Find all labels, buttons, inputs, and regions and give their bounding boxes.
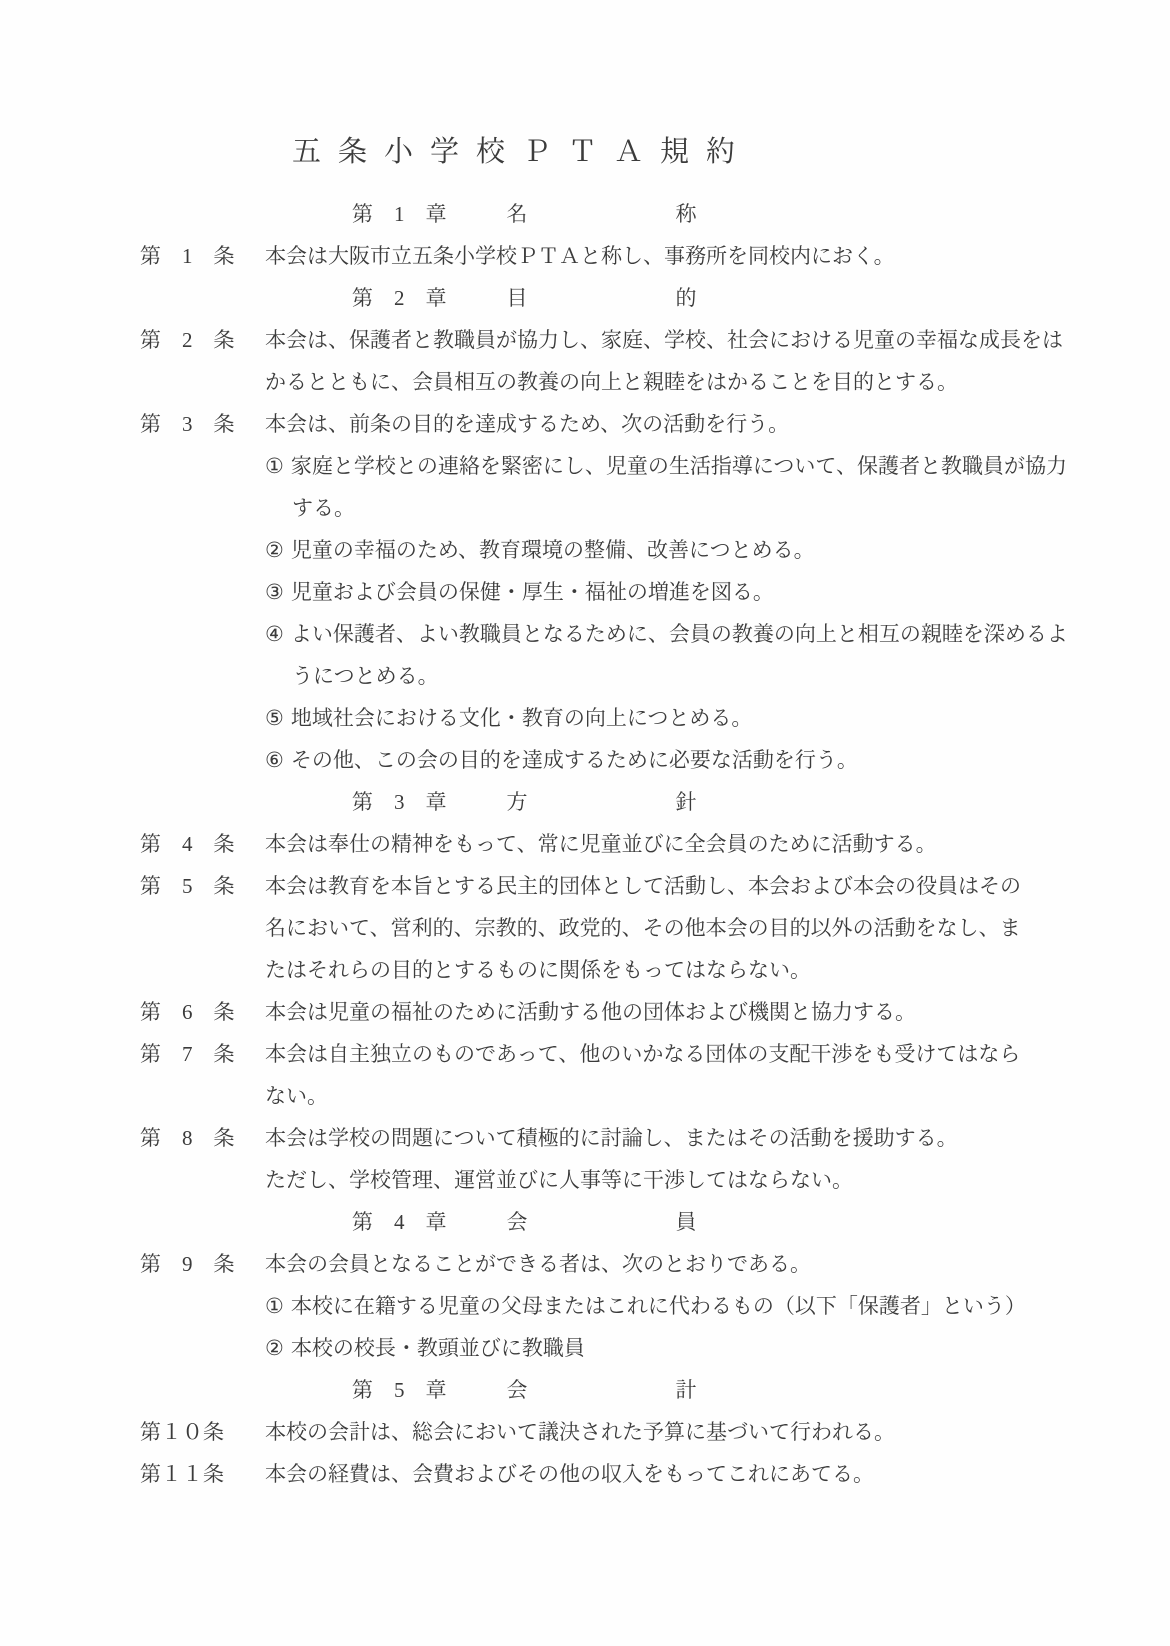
item-text: 児童および会員の保健・厚生・福祉の増進を図る。 bbox=[291, 580, 774, 604]
article-row: 第 5 条本会は教育を本旨とする民主的団体として活動し、本会および本会の役員はそ… bbox=[0, 865, 1170, 907]
numbered-item-row: ②児童の幸福のため、教育環境の整備、改善につとめる。 bbox=[0, 529, 1170, 571]
article-number-label: 第 3 条 bbox=[140, 403, 265, 445]
article-text: 名において、営利的、宗教的、政党的、その他本会の目的以外の活動をなし、ま bbox=[265, 916, 1021, 940]
circled-number: ① bbox=[265, 1294, 284, 1318]
item-text: 本校の校長・教頭並びに教職員 bbox=[291, 1336, 585, 1360]
item-text: 家庭と学校との連絡を緊密にし、児童の生活指導について、保護者と教職員が協力 bbox=[291, 454, 1067, 478]
article-number-label: 第 9 条 bbox=[140, 1243, 265, 1285]
circled-number: ⑤ bbox=[265, 706, 284, 730]
document-page: 五条小学校ＰＴＡ規約 第 1 章名称第 1 条本会は大阪市立五条小学校ＰＴＡと称… bbox=[0, 0, 1170, 1646]
circled-number: ⑥ bbox=[265, 748, 284, 772]
article-text: 本会は奉仕の精神をもって、常に児童並びに全会員のために活動する。 bbox=[265, 832, 937, 856]
item-text: 児童の幸福のため、教育環境の整備、改善につとめる。 bbox=[291, 538, 815, 562]
article-text: 本会は児童の福祉のために活動する他の団体および機関と協力する。 bbox=[265, 1000, 916, 1024]
article-number-label: 第 7 条 bbox=[140, 1033, 265, 1075]
article-number-label: 第 6 条 bbox=[140, 991, 265, 1033]
article-row: 第 6 条本会は児童の福祉のために活動する他の団体および機関と協力する。 bbox=[0, 991, 1170, 1033]
document-body: 第 1 章名称第 1 条本会は大阪市立五条小学校ＰＴＡと称し、事務所を同校内にお… bbox=[0, 193, 1170, 1495]
article-number-label: 第 4 条 bbox=[140, 823, 265, 865]
item-text: する。 bbox=[292, 496, 355, 520]
item-text: うにつとめる。 bbox=[292, 664, 439, 688]
article-row: 第１０条本校の会計は、総会において議決された予算に基づいて行われる。 bbox=[0, 1411, 1170, 1453]
numbered-item-row: ①家庭と学校との連絡を緊密にし、児童の生活指導について、保護者と教職員が協力 bbox=[0, 445, 1170, 487]
article-text: 本会は自主独立のものであって、他のいかなる団体の支配干渉をも受けてはなら bbox=[265, 1042, 1020, 1066]
chapter-heading: 第 3 章方針 bbox=[0, 781, 1170, 823]
article-text-continuation: ない。 bbox=[0, 1075, 1170, 1117]
article-row: 第 9 条本会の会員となることができる者は、次のとおりである。 bbox=[0, 1243, 1170, 1285]
circled-number: ① bbox=[265, 454, 284, 478]
article-text: ただし、学校管理、運営並びに人事等に干渉してはならない。 bbox=[265, 1168, 853, 1192]
article-row: 第 3 条本会は、前条の目的を達成するため、次の活動を行う。 bbox=[0, 403, 1170, 445]
article-text: 本校の会計は、総会において議決された予算に基づいて行われる。 bbox=[265, 1420, 895, 1444]
article-text: 本会は学校の問題について積極的に討論し、またはその活動を援助する。 bbox=[265, 1126, 958, 1150]
numbered-item-row: ⑥その他、この会の目的を達成するために必要な活動を行う。 bbox=[0, 739, 1170, 781]
article-number-label: 第 5 条 bbox=[140, 865, 265, 907]
chapter-name: 会計 bbox=[507, 1369, 845, 1411]
numbered-item-continuation: うにつとめる。 bbox=[0, 655, 1170, 697]
article-text: 本会は教育を本旨とする民主的団体として活動し、本会および本会の役員はその bbox=[265, 874, 1021, 898]
article-text: ない。 bbox=[265, 1084, 328, 1108]
article-row: 第 8 条本会は学校の問題について積極的に討論し、またはその活動を援助する。 bbox=[0, 1117, 1170, 1159]
chapter-number-label: 第 5 章 bbox=[352, 1378, 447, 1402]
article-text: たはそれらの目的とするものに関係をもってはならない。 bbox=[265, 958, 811, 982]
chapter-name: 目的 bbox=[507, 277, 845, 319]
article-text: 本会は、保護者と教職員が協力し、家庭、学校、社会における児童の幸福な成長をは bbox=[265, 328, 1063, 352]
chapter-name: 会員 bbox=[507, 1201, 845, 1243]
chapter-number-label: 第 3 章 bbox=[352, 790, 447, 814]
numbered-item-row: ③児童および会員の保健・厚生・福祉の増進を図る。 bbox=[0, 571, 1170, 613]
document-title: 五条小学校ＰＴＡ規約 bbox=[292, 129, 752, 170]
article-number-label: 第１１条 bbox=[140, 1453, 265, 1495]
chapter-heading: 第 5 章会計 bbox=[0, 1369, 1170, 1411]
numbered-item-row: ⑤地域社会における文化・教育の向上につとめる。 bbox=[0, 697, 1170, 739]
chapter-heading: 第 1 章名称 bbox=[0, 193, 1170, 235]
article-text-continuation: 名において、営利的、宗教的、政党的、その他本会の目的以外の活動をなし、ま bbox=[0, 907, 1170, 949]
numbered-item-row: ②本校の校長・教頭並びに教職員 bbox=[0, 1327, 1170, 1369]
chapter-name: 名称 bbox=[507, 193, 845, 235]
article-row: 第 4 条本会は奉仕の精神をもって、常に児童並びに全会員のために活動する。 bbox=[0, 823, 1170, 865]
article-text-continuation: たはそれらの目的とするものに関係をもってはならない。 bbox=[0, 949, 1170, 991]
article-row: 第 2 条本会は、保護者と教職員が協力し、家庭、学校、社会における児童の幸福な成… bbox=[0, 319, 1170, 361]
chapter-heading: 第 4 章会員 bbox=[0, 1201, 1170, 1243]
article-text: 本会の会員となることができる者は、次のとおりである。 bbox=[265, 1252, 811, 1276]
article-text: かるとともに、会員相互の教養の向上と親睦をはかることを目的とする。 bbox=[265, 370, 958, 394]
article-text-continuation: ただし、学校管理、運営並びに人事等に干渉してはならない。 bbox=[0, 1159, 1170, 1201]
numbered-item-row: ①本校に在籍する児童の父母またはこれに代わるもの（以下「保護者」という） bbox=[0, 1285, 1170, 1327]
article-row: 第 7 条本会は自主独立のものであって、他のいかなる団体の支配干渉をも受けてはな… bbox=[0, 1033, 1170, 1075]
article-text: 本会は、前条の目的を達成するため、次の活動を行う。 bbox=[265, 412, 789, 436]
chapter-name: 方針 bbox=[507, 781, 845, 823]
chapter-number-label: 第 4 章 bbox=[352, 1210, 447, 1234]
article-number-label: 第 8 条 bbox=[140, 1117, 265, 1159]
item-text: 地域社会における文化・教育の向上につとめる。 bbox=[291, 706, 753, 730]
article-number-label: 第 2 条 bbox=[140, 319, 265, 361]
chapter-heading: 第 2 章目的 bbox=[0, 277, 1170, 319]
article-text: 本会の経費は、会費およびその他の収入をもってこれにあてる。 bbox=[265, 1462, 874, 1486]
circled-number: ④ bbox=[265, 622, 284, 646]
item-text: よい保護者、よい教職員となるために、会員の教養の向上と相互の親睦を深めるよ bbox=[291, 622, 1068, 646]
item-text: その他、この会の目的を達成するために必要な活動を行う。 bbox=[291, 748, 858, 772]
article-number-label: 第１０条 bbox=[140, 1411, 265, 1453]
article-text-continuation: かるとともに、会員相互の教養の向上と親睦をはかることを目的とする。 bbox=[0, 361, 1170, 403]
numbered-item-row: ④よい保護者、よい教職員となるために、会員の教養の向上と相互の親睦を深めるよ bbox=[0, 613, 1170, 655]
circled-number: ② bbox=[265, 538, 284, 562]
article-text: 本会は大阪市立五条小学校ＰＴＡと称し、事務所を同校内におく。 bbox=[265, 244, 895, 268]
item-text: 本校に在籍する児童の父母またはこれに代わるもの（以下「保護者」という） bbox=[291, 1294, 1026, 1318]
chapter-number-label: 第 2 章 bbox=[352, 286, 447, 310]
circled-number: ③ bbox=[265, 580, 284, 604]
article-row: 第 1 条本会は大阪市立五条小学校ＰＴＡと称し、事務所を同校内におく。 bbox=[0, 235, 1170, 277]
article-row: 第１１条本会の経費は、会費およびその他の収入をもってこれにあてる。 bbox=[0, 1453, 1170, 1495]
circled-number: ② bbox=[265, 1336, 284, 1360]
chapter-number-label: 第 1 章 bbox=[352, 202, 447, 226]
article-number-label: 第 1 条 bbox=[140, 235, 265, 277]
numbered-item-continuation: する。 bbox=[0, 487, 1170, 529]
